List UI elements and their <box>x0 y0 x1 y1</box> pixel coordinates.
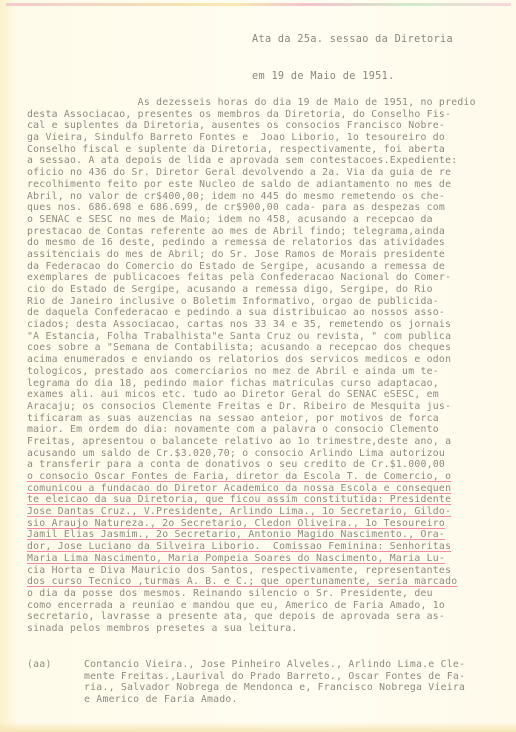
body-line: sinada pelos membros presetes a sua leit… <box>27 623 513 635</box>
body-line: oficio no 436 do Sr. Diretor Geral devol… <box>27 167 513 179</box>
signature-line: ria., Salvador Nobrega de Mendonca e, Fr… <box>84 682 465 694</box>
body-line: assitenciais do mes de Abril; do Sr. Jos… <box>27 249 513 261</box>
body-line: ciados; desta Associacao, cartas nos 33 … <box>27 319 513 331</box>
body-line: cio do Estado de Sergipe, acusando a rem… <box>27 284 513 296</box>
body-line: acima enumerados e enviando os relatorio… <box>27 354 513 366</box>
body-line: o dia da posse dos mesmos. Reinando sile… <box>27 588 513 600</box>
body-line: legrama do dia 18, pedindo maior fichas … <box>27 378 513 390</box>
heading-line-2: em 19 de Maio de 1951. <box>252 71 453 83</box>
body-line: Aracaju; os consocios Clemente Freitas e… <box>27 401 513 413</box>
body-line: acusando um saldo de Cr.$3.020,70; o con… <box>27 448 513 460</box>
signature-line: mente Freitas.,Laurival do Prado Barreto… <box>84 671 465 683</box>
body-line: ga Vieira, Sindulfo Barreto Fontes e Joa… <box>27 132 513 144</box>
body-line: exames ali. aui micos etc. tudo ao Diret… <box>27 389 513 401</box>
body-line: o consocio Oscar Fontes de Faria, direto… <box>27 471 513 483</box>
body-line: Freitas, apresentou o balancete relativo… <box>27 436 513 448</box>
body-line: secretario, lavrasse a presente ata, que… <box>27 611 513 623</box>
body-line: ques nos. 686.698 e 686.699, de cr$900,0… <box>27 202 513 214</box>
body-line: tologicos, prestado aos comerciarios no … <box>27 366 513 378</box>
body-line: exemplares de publicacoes feitas pela Co… <box>27 272 513 284</box>
signatures-list: Contancio Vieira., Jose Pinheiro Alveles… <box>84 659 465 706</box>
typewritten-page: Ata da 25a. sessao da Diretoria em 19 de… <box>0 0 516 732</box>
body-line: a transferir para a conta de donativos o… <box>27 459 513 471</box>
body-line: Conselho fiscal e suplente da Diretoria,… <box>27 144 513 156</box>
body-line: cal e suplentes da Diretoria, ausentes o… <box>27 120 513 132</box>
body-line: de daquela Confederacao e pedindo a sua … <box>27 307 513 319</box>
body-line: dos curso Tecnico ,turmas A. B. e C.; qu… <box>27 576 513 588</box>
body-line: o SENAC e SESC no mes de Maio; idem no 4… <box>27 214 513 226</box>
paper-bottom-edge <box>0 722 516 732</box>
signature-line: Contancio Vieira., Jose Pinheiro Alveles… <box>84 659 465 671</box>
body-line: coes sobre a "Semana de Contabilista; ac… <box>27 342 513 354</box>
body-line: "A Estancia, Folha Trabalhista"e Santa C… <box>27 331 513 343</box>
heading-line-1: Ata da 25a. sessao da Diretoria <box>252 34 453 46</box>
body-line: te eleicao da sua Diretoria, que ficou a… <box>27 494 513 506</box>
body-line: Abril, no valor de cr$400,00; idem no 44… <box>27 191 513 203</box>
signatures-block: (aa) Contancio Vieira., Jose Pinheiro Al… <box>27 659 513 706</box>
minutes-body: As dezesseis horas do dia 19 de Maio de … <box>27 97 513 635</box>
body-line: da Federacao do Comercio do Estado de Se… <box>27 261 513 273</box>
body-line: As dezesseis horas do dia 19 de Maio de … <box>27 97 513 109</box>
body-line: dor, Jose Luciano da Silveira Liborio. C… <box>27 541 513 553</box>
body-line: recolhimento feito por este Nucleo de sa… <box>27 179 513 191</box>
body-line: comunicou a fundacao do Diretor Academic… <box>27 483 513 495</box>
body-line: do mesmo de 16 deste, pedindo a remessa … <box>27 237 513 249</box>
body-line: maior. Em ordem do dia: novamente com a … <box>27 424 513 436</box>
body-line: Jose Dantas Cruz., V.Presidente, Arlindo… <box>27 506 513 518</box>
signature-line: e Americo de Faria Amado. <box>84 694 465 706</box>
body-line: Jamil Elias Jasmim., 2o Secretario, Anto… <box>27 529 513 541</box>
document-heading: Ata da 25a. sessao da Diretoria em 19 de… <box>252 9 453 107</box>
body-line: prestacao de Contas referente ao mes de … <box>27 226 513 238</box>
body-line: sio Araujo Natureza., 2o Secretario, Cle… <box>27 518 513 530</box>
signatures-label: (aa) <box>27 659 52 671</box>
body-line: Rio de Janeiro inclusive o Boletim Infor… <box>27 296 513 308</box>
body-line: como encerrada a reuniao e mandou que eu… <box>27 600 513 612</box>
body-line: a sessao. A ata depois de lida e aprovad… <box>27 155 513 167</box>
body-line: Maria Lima Nascimento, Maria Pompeia Soa… <box>27 553 513 565</box>
paper-top-edge <box>6 3 511 6</box>
body-line: desta Associacao, presentes os membros d… <box>27 109 513 121</box>
body-line: tificaram as suas auzencias na sessao an… <box>27 413 513 425</box>
body-line: cia Horta e Diva Mauricio dos Santos, re… <box>27 565 513 577</box>
